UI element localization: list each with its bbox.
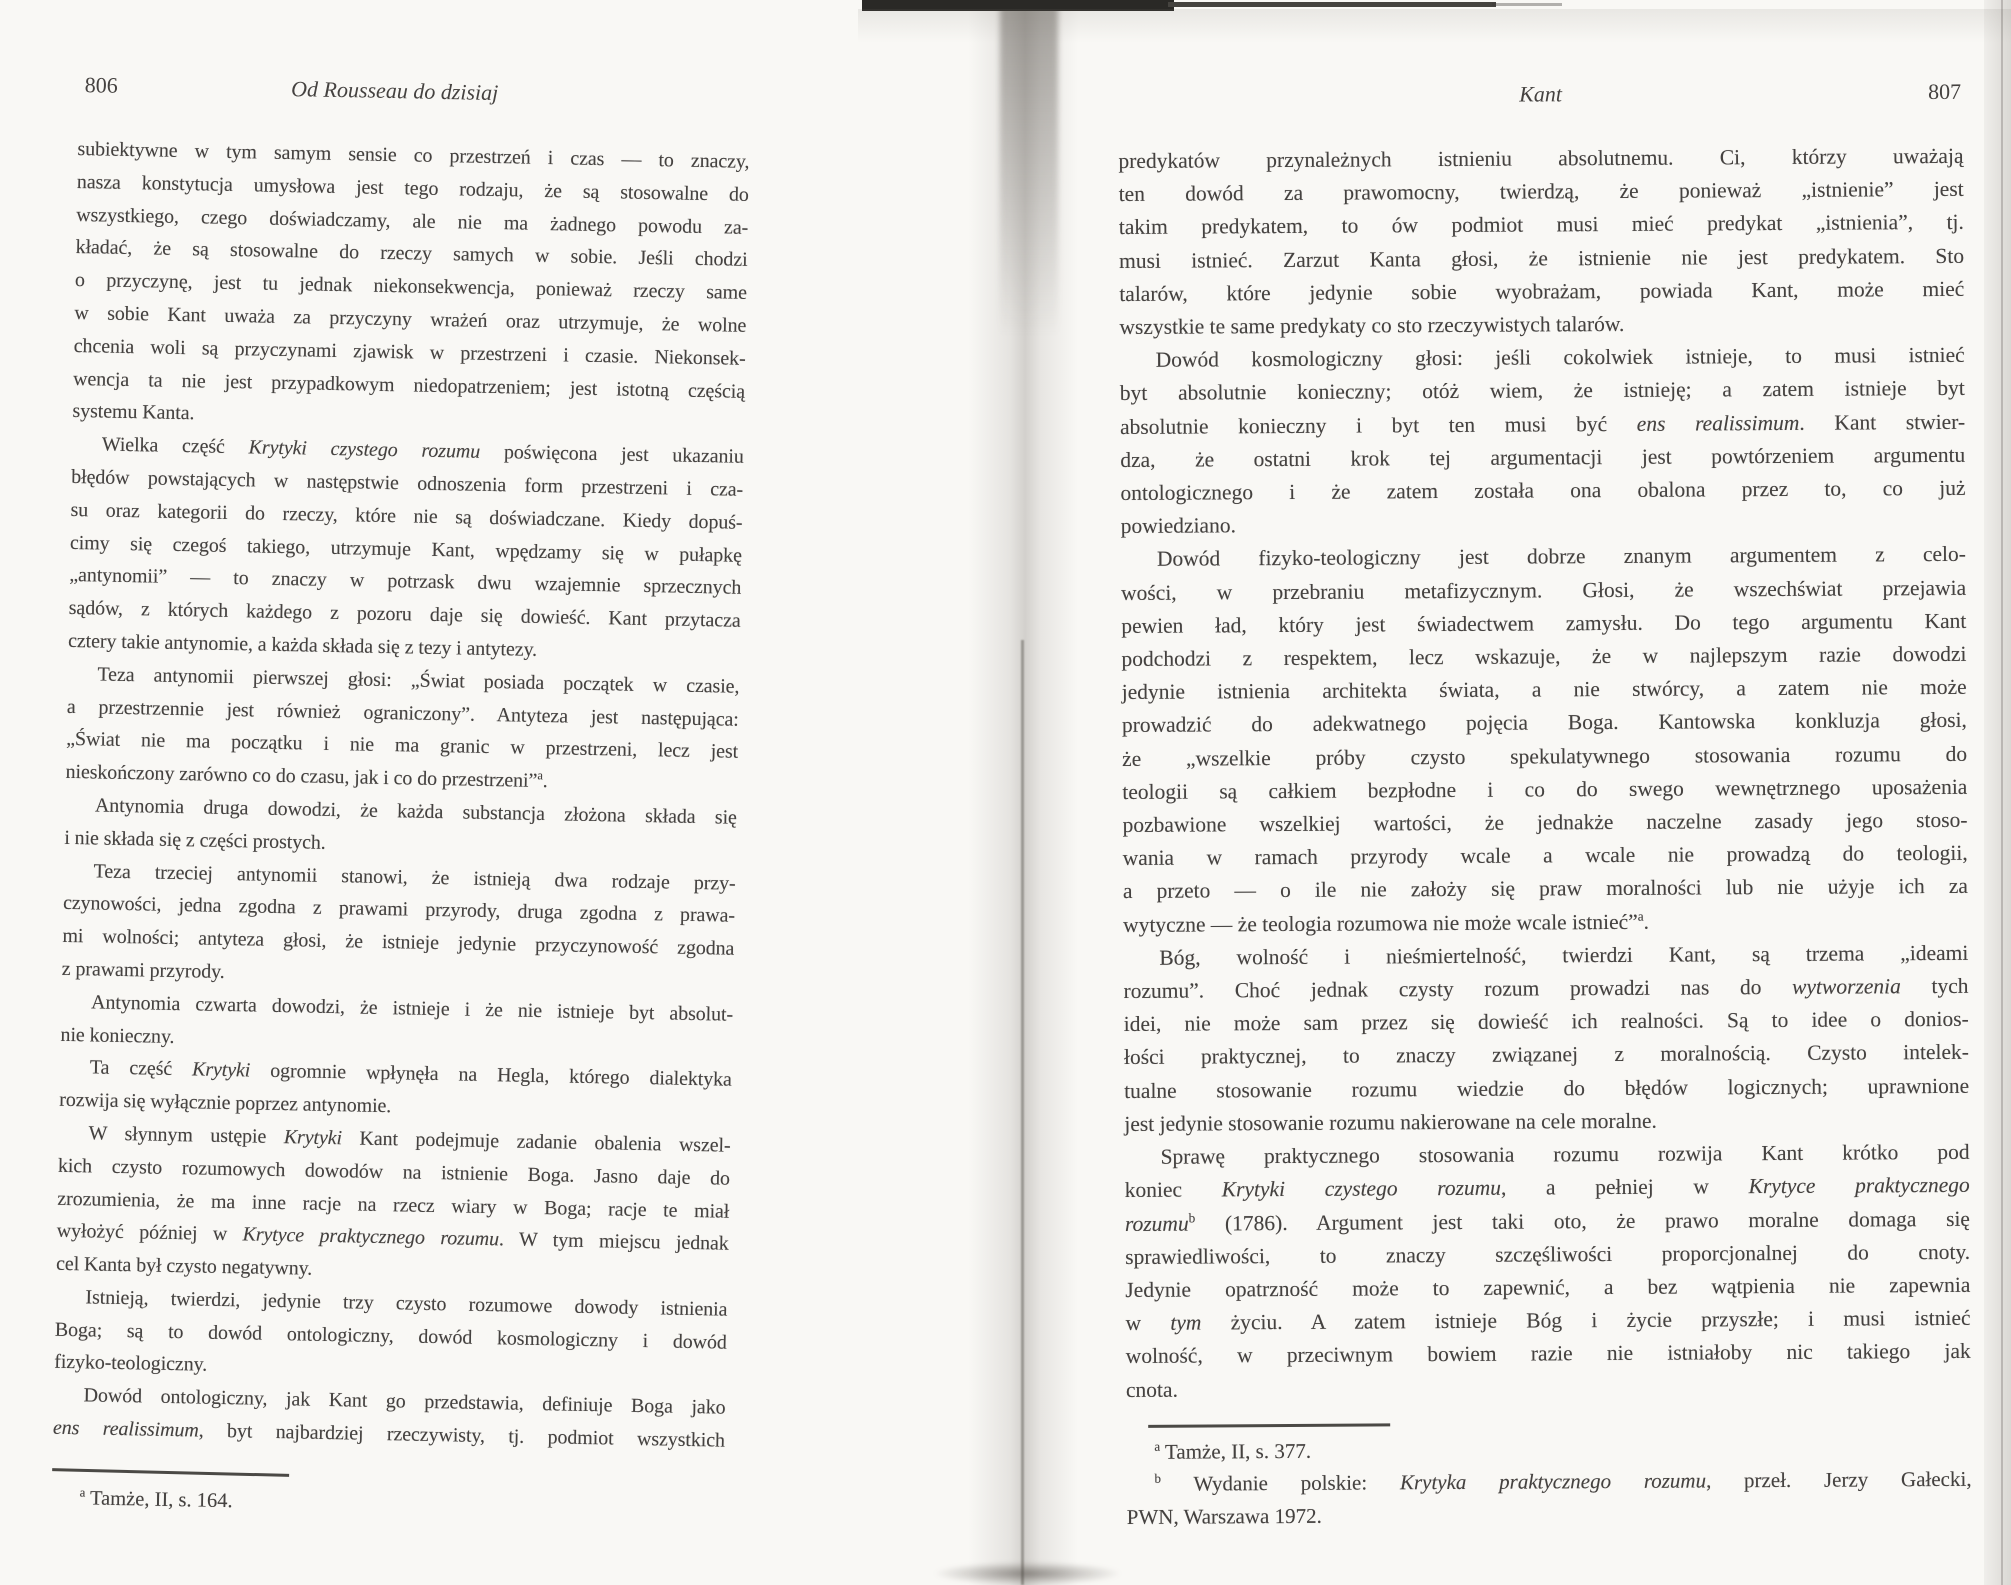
text-line: wytyczne — że teologia rozumowa nie może…: [1123, 903, 1968, 941]
text-line: rozumub (1786). Argument jest taki oto, …: [1125, 1202, 1970, 1240]
text-line: Bóg, wolność i nieśmiertelność, twierdzi…: [1123, 937, 1968, 975]
text-line: talarów, które jedynie sobie wyobrażam, …: [1119, 273, 1964, 311]
text-line: w tym życiu. A zatem istnieje Bóg i życi…: [1125, 1302, 1970, 1340]
text-line: wania w ramach przyrody wcale a wcale ni…: [1123, 837, 1968, 875]
scan-edge-artifact-top-tail: [1492, 3, 1562, 6]
page-edge-strip: [1984, 0, 2011, 1585]
right-page: Kant 807 predykatów przynależnych istnie…: [1118, 80, 1972, 1533]
text-line: powiedziano.: [1121, 505, 1966, 543]
text-line: łości praktycznej, to znaczy związanej z…: [1124, 1036, 1969, 1074]
text-line: ontologicznego i że zatem została ona ob…: [1120, 472, 1965, 510]
text-line: byt absolutnie konieczny; otóż wiem, że …: [1120, 372, 1965, 410]
text-line: tualne stosowanie rozumu wiedzie do błęd…: [1124, 1070, 1969, 1108]
text-line: pozbawione wszelkiej wartości, że jednak…: [1122, 804, 1967, 842]
text-line: wości, w przebraniu metafizycznym. Głosi…: [1121, 571, 1966, 609]
scan-noise-band: [858, 9, 2011, 43]
scan-edge-artifact-top-thin: [1168, 2, 1496, 7]
text-line: wszystkie te same predykaty co sto rzecz…: [1119, 306, 1964, 344]
left-page: 806 Od Rousseau do dzisiaj subiektywne w…: [51, 73, 751, 1527]
scan-smudge-bottom: [935, 1562, 1120, 1585]
text-line: predykatów przynależnych istnieniu absol…: [1118, 140, 1963, 178]
book-scan-spread: 806 Od Rousseau do dzisiaj subiektywne w…: [0, 0, 2011, 1585]
text-line: idei, nie może sam przez się dowieść ich…: [1124, 1003, 1969, 1041]
scan-edge-artifact-top: [862, 0, 1174, 11]
right-page-footnotes: a Tamże, II, s. 377.b Wydanie polskie: K…: [1126, 1431, 1972, 1534]
text-line: teologii są całkiem bezpłodne i co do sw…: [1122, 771, 1967, 809]
text-line: jest jedynie stosowanie rozumu nakierowa…: [1124, 1103, 1969, 1141]
page-number: 807: [1928, 80, 1961, 104]
text-line: Dowód kosmologiczny głosi: jeśli cokolwi…: [1120, 339, 1965, 377]
text-line: ten dowód za prawomocny, twierdzą, że po…: [1119, 173, 1964, 211]
text-line: sprawiedliwości, to znaczy szczęśliwości…: [1125, 1236, 1970, 1274]
text-line: Dowód fizyko-teologiczny jest dobrze zna…: [1121, 538, 1966, 576]
page-edge-line: [2001, 0, 2003, 1585]
left-page-footnotes: a Tamże, II, s. 164.: [51, 1482, 724, 1527]
right-page-header: Kant 807: [1118, 80, 1963, 109]
text-line: Sprawę praktycznego stosowania rozumu ro…: [1124, 1136, 1969, 1174]
text-line: a Tamże, II, s. 164.: [51, 1482, 724, 1527]
text-line: pewien ład, który jest świadectwem zamys…: [1121, 605, 1966, 643]
text-line: podchodzi z respektem, lecz wskazuje, że…: [1121, 638, 1966, 676]
right-page-body: predykatów przynależnych istnieniu absol…: [1118, 140, 1971, 1407]
text-line: dza, że ostatni krok tej argumentacji je…: [1120, 439, 1965, 477]
gutter-fold-line: [1021, 640, 1024, 1585]
text-line: takim predykatem, to ów podmiot musi mie…: [1119, 206, 1964, 244]
left-page-body: subiektywne w tym samym sensie co przest…: [53, 133, 750, 1458]
text-line: koniec Krytyki czystego rozumu, a pełnie…: [1125, 1169, 1970, 1207]
text-line: absolutnie konieczny i byt ten musi być …: [1120, 405, 1965, 443]
text-line: cnota.: [1126, 1368, 1971, 1406]
text-line: a Tamże, II, s. 377.: [1126, 1431, 1971, 1469]
footnote-rule: [1148, 1423, 1390, 1427]
text-line: jedynie istnienia architekta świata, a n…: [1122, 671, 1967, 709]
footnote-rule: [52, 1468, 289, 1477]
text-line: rozumu”. Choć jednak czysty rozum prowad…: [1123, 970, 1968, 1008]
text-line: Jedynie opatrzność może to zapewnić, a b…: [1125, 1269, 1970, 1307]
text-line: musi istnieć. Zarzut Kanta głosi, że ist…: [1119, 239, 1964, 277]
text-line: a przeto — o ile nie założy się praw mor…: [1123, 870, 1968, 908]
gutter-shadow: [968, 0, 1078, 1585]
text-line: prowadzić do adekwatnego pojęcia Boga. K…: [1122, 704, 1967, 742]
gutter-shadow-top: [1000, 6, 1058, 336]
text-line: że „wszelkie próby czysto spekulatywnego…: [1122, 737, 1967, 775]
text-line: wolność, w przeciwnym bowiem razie nie i…: [1126, 1335, 1971, 1373]
running-head: Kant: [1118, 80, 1963, 109]
text-line: b Wydanie polskie: Krytyka praktycznego …: [1126, 1463, 1971, 1501]
running-head: Od Rousseau do dzisiaj: [59, 73, 731, 110]
text-line: PWN, Warszawa 1972.: [1127, 1496, 1972, 1534]
left-page-header: 806 Od Rousseau do dzisiaj: [79, 73, 751, 110]
